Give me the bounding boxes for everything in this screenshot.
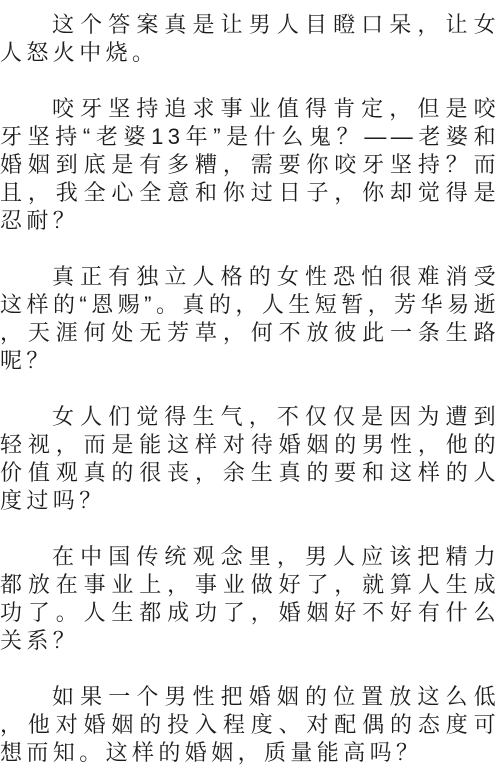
paragraph: 女人们觉得生气，不仅仅是因为遭到轻视，而是能这样对待婚姻的男性，他的价值观真的很… bbox=[0, 403, 500, 515]
paragraph: 真正有独立人格的女性恐怕很难消受这样的“恩赐”。真的，人生短暂，芳华易逝，天涯何… bbox=[0, 263, 500, 375]
article-page: 这个答案真是让男人目瞪口呆，让女人怒火中烧。 咬牙坚持追求事业值得肯定，但是咬牙… bbox=[0, 0, 500, 768]
paragraph: 这个答案真是让男人目瞪口呆，让女人怒火中烧。 bbox=[0, 11, 500, 67]
paragraph: 咬牙坚持追求事业值得肯定，但是咬牙坚持“老婆13年”是什么鬼？——老婆和婚姻到底… bbox=[0, 95, 500, 235]
paragraph: 在中国传统观念里，男人应该把精力都放在事业上，事业做好了，就算人生成功了。人生都… bbox=[0, 543, 500, 655]
paragraph: 如果一个男性把婚姻的位置放这么低，他对婚姻的投入程度、对配偶的态度可想而知。这样… bbox=[0, 683, 500, 767]
